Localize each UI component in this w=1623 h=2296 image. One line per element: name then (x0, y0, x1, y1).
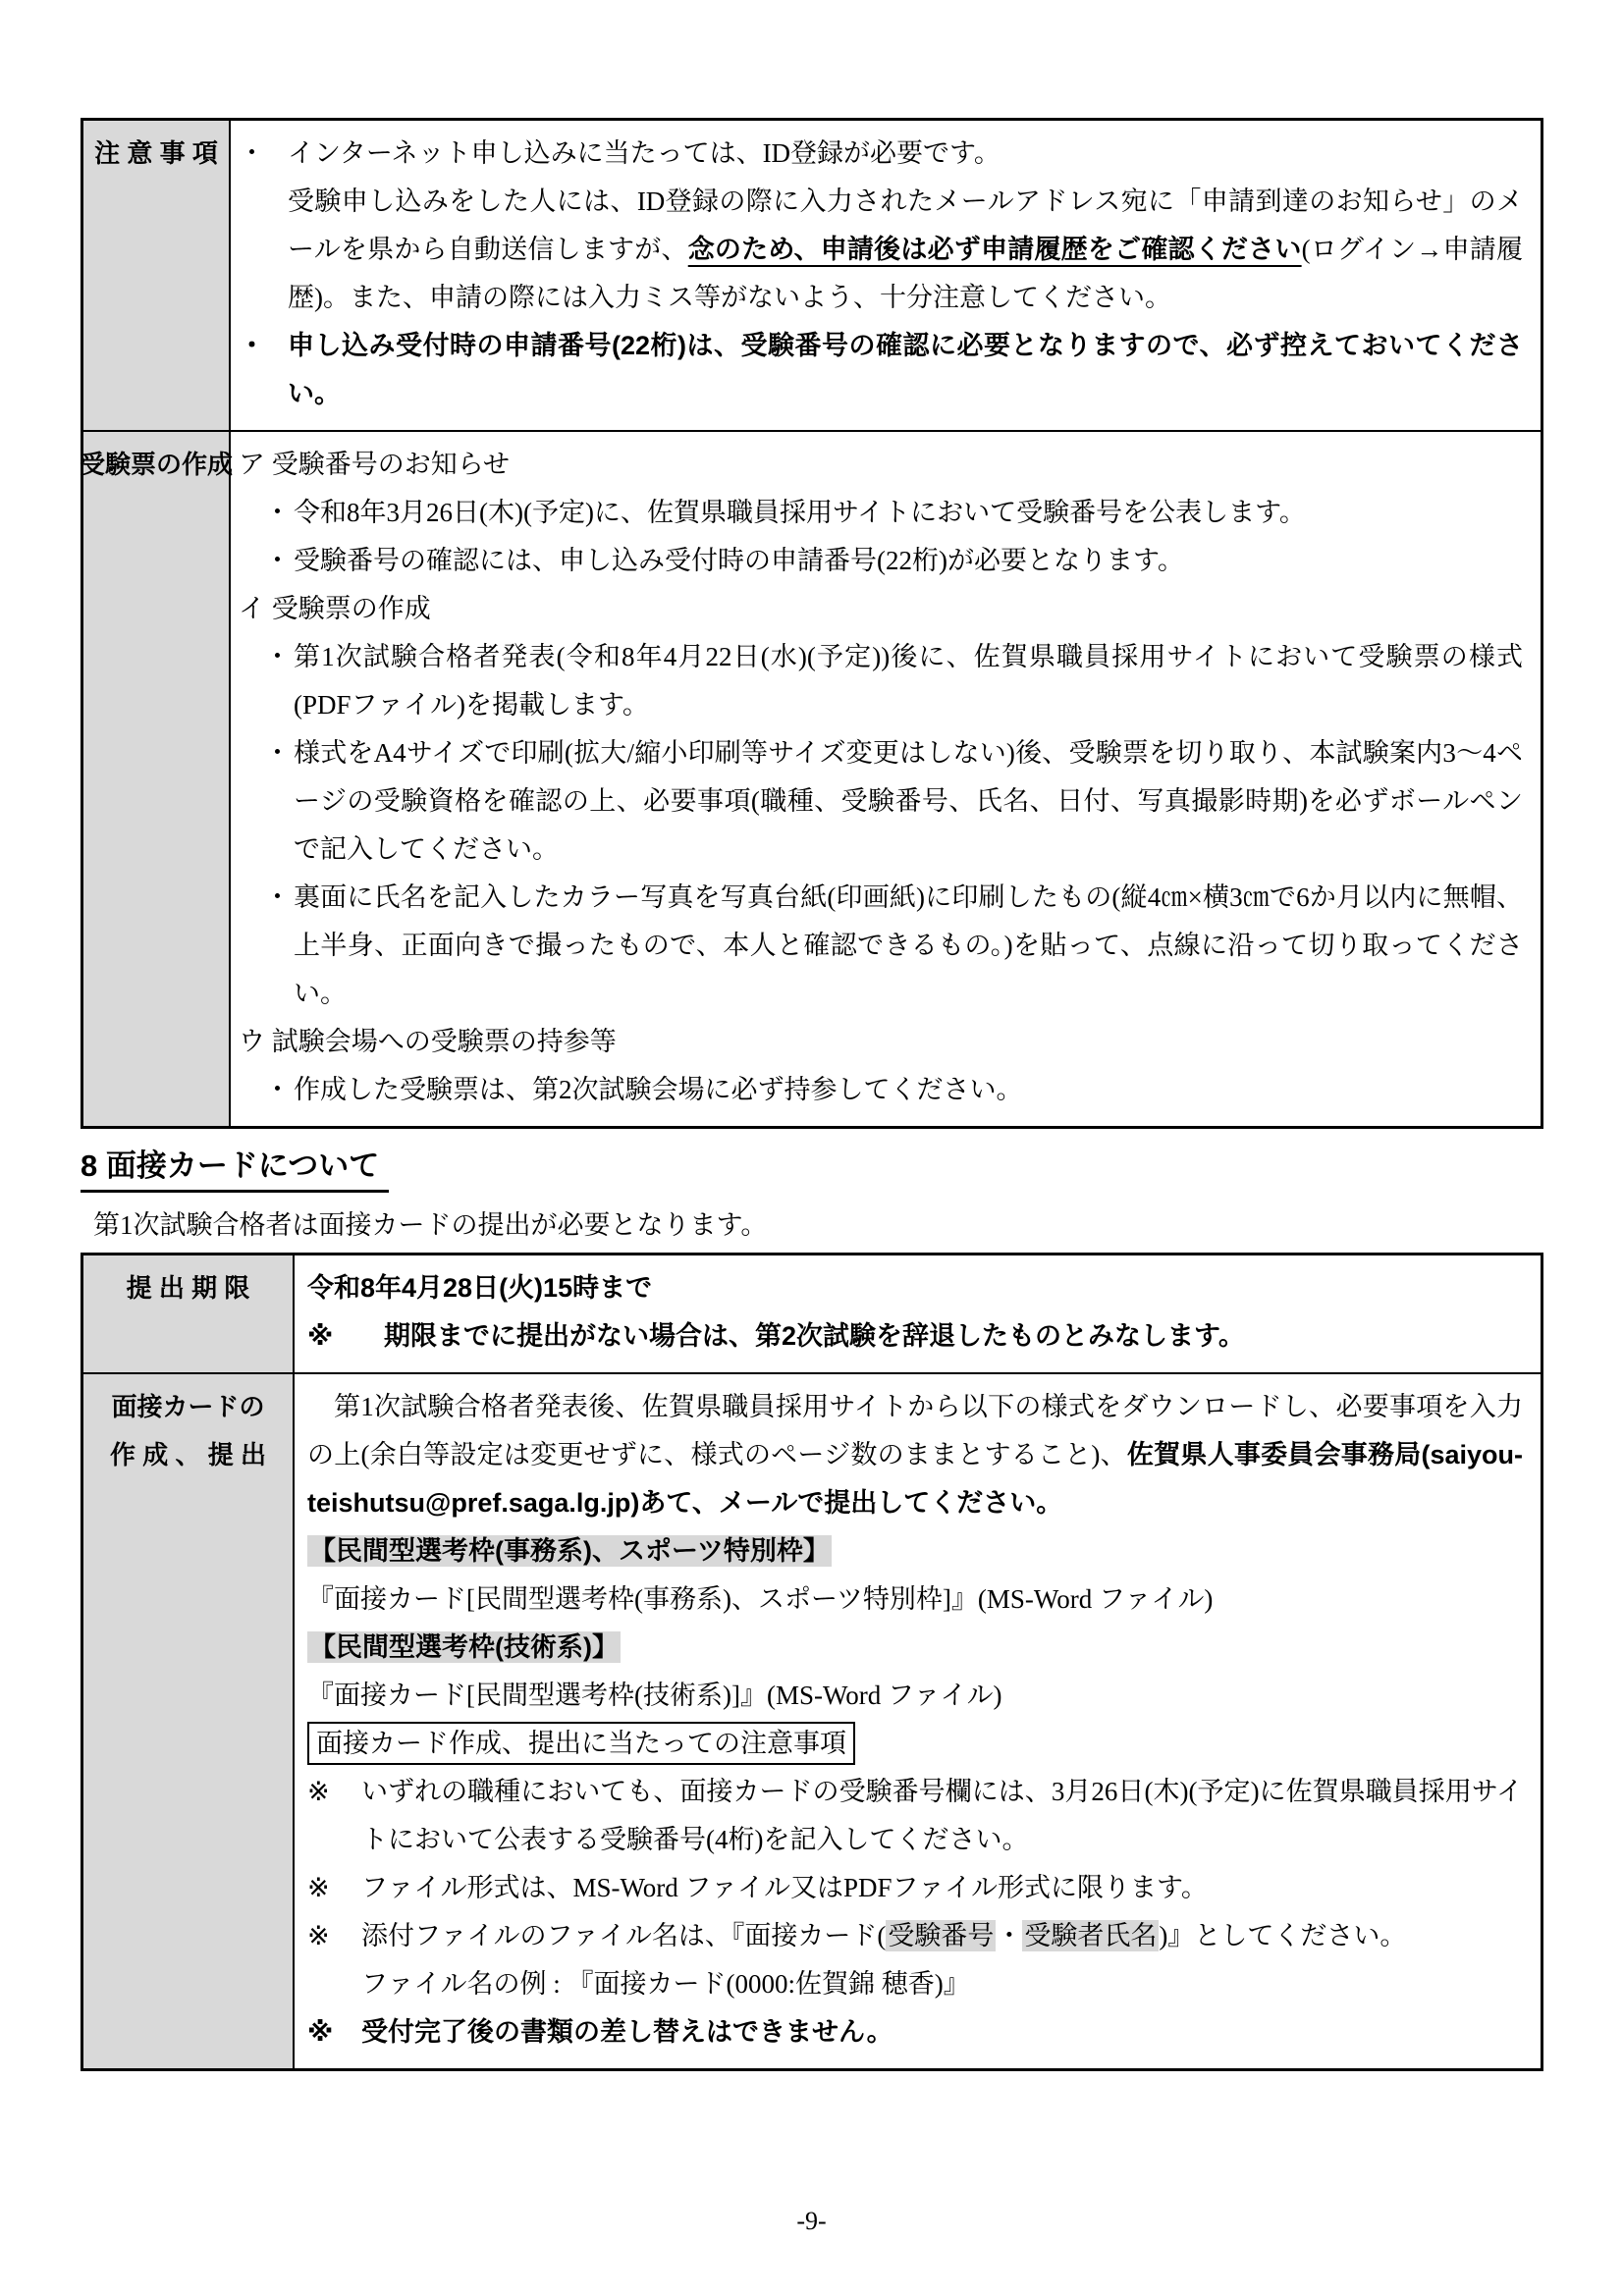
ticket-item-a-bullet-1: ・ 令和8年3月26日(木)(予定)に、佐賀県職員採用サイトにおいて受験番号を公… (239, 489, 1523, 537)
section-heading-text: 8 面接カードについて (81, 1148, 379, 1183)
deadline-text: 令和8年4月28日(火)15時まで (307, 1264, 1523, 1312)
ticket-item-u-bullet-1-text: 作成した受験票は、第2次試験会場に必ず持参してください。 (294, 1066, 1523, 1114)
card-note-1: ※ いずれの職種においても、面接カードの受験番号欄には、3月26日(木)(予定)… (307, 1768, 1523, 1864)
ticket-item-i-bullet-2-text: 様式をA4サイズで印刷(拡大/縮小印刷等サイズ変更はしない)後、受験票を切り取り… (294, 729, 1523, 874)
notice-table-row-ticket: 受験票の作成 ア 受験番号のお知らせ ・ 令和8年3月26日(木)(予定)に、佐… (83, 430, 1541, 1126)
ticket-item-a-bullet-1-text: 令和8年3月26日(木)(予定)に、佐賀県職員採用サイトにおいて受験番号を公表し… (294, 489, 1523, 537)
bullet-marker: ・ (264, 874, 294, 1018)
notes-content-cell: ・ インターネット申し込みに当たっては、ID登録が必要です。 受験申し込みをした… (231, 121, 1541, 430)
bullet-marker: ・ (264, 1066, 294, 1114)
file-name-example: ファイル名の例 : 『面接カード(0000:佐賀錦 穂香)』 (307, 1960, 1523, 2008)
card-note-3-mid: ・ (996, 1921, 1022, 1950)
page-number: -9- (796, 2207, 826, 2235)
card-note-3: ※ 添付ファイルのファイル名は、『面接カード(受験番号・受験者氏名)』としてくだ… (307, 1912, 1523, 1960)
ticket-item-i-bullet-1: ・ 第1次試験合格者発表(令和8年4月22日(水)(予定))後に、佐賀県職員採用… (239, 633, 1523, 729)
card-note-3-post: )』としてください。 (1159, 1921, 1406, 1950)
kome-marker: ※ (307, 2008, 361, 2056)
deadline-note-text: 期限までに提出がない場合は、第2次試験を辞退したものとみなします。 (384, 1312, 1523, 1361)
card-table-row-deadline: 提 出 期 限 令和8年4月28日(火)15時まで ※ 期限までに提出がない場合… (83, 1255, 1541, 1372)
notes-bullet-2: ・ 申し込み受付時の申請番号(22桁)は、受験番号の確認に必要となりますので、必… (239, 322, 1523, 418)
notes-bullet-1-body: インターネット申し込みに当たっては、ID登録が必要です。 受験申し込みをした人に… (288, 130, 1523, 322)
ticket-item-a-bullet-2-text: 受験番号の確認には、申し込み受付時の申請番号(22桁)が必要となります。 (294, 537, 1523, 585)
row-header-deadline: 提 出 期 限 (83, 1255, 295, 1372)
page-footer: -9- (0, 2207, 1623, 2236)
submission-paragraph: 第1次試験合格者発表後、佐賀県職員採用サイトから以下の様式をダウンロードし、必要… (307, 1383, 1523, 1527)
notes-line-mail-confirmation: 受験申し込みをした人には、ID登録の際に入力されたメールアドレス宛に「申請到達の… (288, 178, 1523, 322)
row-header-notes-label: 注 意 事 項 (94, 130, 218, 178)
card-note-1-text: いずれの職種においても、面接カードの受験番号欄には、3月26日(木)(予定)に佐… (361, 1768, 1523, 1864)
ticket-item-i-bullet-2: ・ 様式をA4サイズで印刷(拡大/縮小印刷等サイズ変更はしない)後、受験票を切り… (239, 729, 1523, 874)
submission-content-cell: 第1次試験合格者発表後、佐賀県職員採用サイトから以下の様式をダウンロードし、必要… (295, 1374, 1541, 2068)
bullet-marker: ・ (264, 729, 294, 874)
ticket-item-i-title: イ 受験票の作成 (239, 585, 1523, 633)
kome-marker: ※ (307, 1312, 384, 1361)
row-header-notes: 注 意 事 項 (83, 121, 231, 430)
interview-card-table: 提 出 期 限 令和8年4月28日(火)15時まで ※ 期限までに提出がない場合… (81, 1253, 1543, 2071)
kome-marker: ※ (307, 1768, 361, 1864)
bullet-marker: ・ (264, 633, 294, 729)
highlight-exam-number: 受験番号 (886, 1920, 996, 1951)
notes-line-id-registration: インターネット申し込みに当たっては、ID登録が必要です。 (288, 130, 1523, 178)
card-note-2-text: ファイル形式は、MS-Word ファイル又はPDFファイル形式に限ります。 (361, 1864, 1523, 1912)
category-line-2: 【民間型選考枠(技術系)】 (307, 1624, 1523, 1672)
notes-emphasis-check-history: 念のため、申請後は必ず申請履歴をご確認ください (688, 235, 1302, 264)
kome-marker: ※ (307, 1864, 361, 1912)
bullet-marker: ・ (264, 537, 294, 585)
ticket-item-u-title: ウ 試験会場への受験票の持参等 (239, 1018, 1523, 1066)
row-header-ticket: 受験票の作成 (83, 432, 231, 1126)
ticket-item-i-bullet-3: ・ 裏面に氏名を記入したカラー写真を写真台紙(印画紙)に印刷したもの(縦4㎝×横… (239, 874, 1523, 1018)
card-note-4: ※ 受付完了後の書類の差し替えはできません。 (307, 2008, 1523, 2056)
row-header-submission-line2: 作 成 、 提 出 (110, 1431, 266, 1479)
document-page: 注 意 事 項 ・ インターネット申し込みに当たっては、ID登録が必要です。 受… (0, 0, 1623, 2296)
row-header-ticket-label: 受験票の作成 (80, 441, 233, 489)
submission-office-name: 佐賀県人事委員会事務局 (1127, 1440, 1422, 1469)
card-note-3-pre: 添付ファイルのファイル名は、『面接カード( (361, 1921, 886, 1950)
deadline-note: ※ 期限までに提出がない場合は、第2次試験を辞退したものとみなします。 (307, 1312, 1523, 1361)
section-heading: 8 面接カードについて (81, 1147, 389, 1193)
ticket-item-u-bullet-1: ・ 作成した受験票は、第2次試験会場に必ず持参してください。 (239, 1066, 1523, 1114)
card-note-4-text: 受付完了後の書類の差し替えはできません。 (361, 2008, 1523, 2056)
kome-marker: ※ (307, 1912, 361, 1960)
row-header-submission: 面接カードの 作 成 、 提 出 (83, 1374, 295, 2068)
section-intro: 第1次試験合格者は面接カードの提出が必要となります。 (93, 1205, 767, 1245)
card-note-3-text: 添付ファイルのファイル名は、『面接カード(受験番号・受験者氏名)』としてください… (361, 1912, 1523, 1960)
category-2-label: 【民間型選考枠(技術系)】 (307, 1631, 621, 1663)
ticket-item-a-bullet-2: ・ 受験番号の確認には、申し込み受付時の申請番号(22桁)が必要となります。 (239, 537, 1523, 585)
category-line-1: 【民間型選考枠(事務系)、スポーツ特別枠】 (307, 1527, 1523, 1575)
bullet-marker: ・ (239, 322, 288, 418)
file-line-1: 『面接カード[民間型選考枠(事務系)、スポーツ特別枠]』(MS-Word ファイ… (307, 1575, 1523, 1624)
row-header-submission-line1: 面接カードの (111, 1383, 264, 1431)
ticket-content-cell: ア 受験番号のお知らせ ・ 令和8年3月26日(木)(予定)に、佐賀県職員採用サ… (231, 432, 1541, 1126)
highlight-examinee-name: 受験者氏名 (1022, 1920, 1159, 1951)
ticket-item-i-bullet-3-text: 裏面に氏名を記入したカラー写真を写真台紙(印画紙)に印刷したもの(縦4㎝×横3㎝… (294, 874, 1523, 1018)
ticket-item-a-title: ア 受験番号のお知らせ (239, 441, 1523, 489)
notice-table-row-notes: 注 意 事 項 ・ インターネット申し込みに当たっては、ID登録が必要です。 受… (83, 121, 1541, 430)
notice-table: 注 意 事 項 ・ インターネット申し込みに当たっては、ID登録が必要です。 受… (81, 118, 1543, 1129)
card-table-row-submission: 面接カードの 作 成 、 提 出 第1次試験合格者発表後、佐賀県職員採用サイトか… (83, 1372, 1541, 2068)
boxed-note-text: 面接カード作成、提出に当たっての注意事項 (307, 1722, 855, 1765)
category-1-label: 【民間型選考枠(事務系)、スポーツ特別枠】 (307, 1535, 832, 1567)
notes-bullet-2-body: 申し込み受付時の申請番号(22桁)は、受験番号の確認に必要となりますので、必ず控… (288, 322, 1523, 418)
ticket-item-i-bullet-1-text: 第1次試験合格者発表(令和8年4月22日(水)(予定))後に、佐賀県職員採用サイ… (294, 633, 1523, 729)
card-note-2: ※ ファイル形式は、MS-Word ファイル又はPDFファイル形式に限ります。 (307, 1864, 1523, 1912)
bullet-marker: ・ (264, 489, 294, 537)
bullet-marker: ・ (239, 130, 288, 322)
file-line-2: 『面接カード[民間型選考枠(技術系)]』(MS-Word ファイル) (307, 1672, 1523, 1720)
deadline-content-cell: 令和8年4月28日(火)15時まで ※ 期限までに提出がない場合は、第2次試験を… (295, 1255, 1541, 1372)
row-header-deadline-label: 提 出 期 限 (127, 1264, 250, 1312)
notes-bullet-1: ・ インターネット申し込みに当たっては、ID登録が必要です。 受験申し込みをした… (239, 130, 1523, 322)
boxed-note-line: 面接カード作成、提出に当たっての注意事項 (307, 1720, 1523, 1768)
